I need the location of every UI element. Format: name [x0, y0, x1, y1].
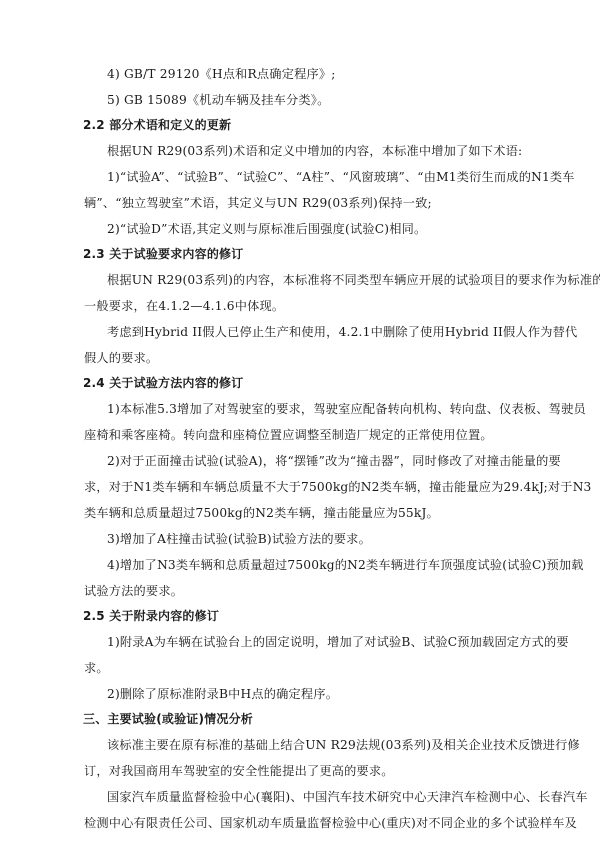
paragraph-line: 2)对于正面撞击试验(试验A)，将“摆锤”改为“撞击器”，同时修改了对撞击能量的…: [107, 453, 547, 469]
paragraph-line: 1)附录A为车辆在试验台上的固定说明，增加了对试验B、试验C预加载固定方式的要: [107, 634, 547, 650]
reference-item-4: 4) GB/T 29120《H点和R点确定程序》;: [107, 66, 547, 82]
paragraph-line: 根据UN R29(03系列)术语和定义中增加的内容，本标准中增加了如下术语:: [107, 143, 547, 159]
paragraph-line: 类车辆和总质量超过7500kg的N2类车辆，撞击能量应为55kJ。: [84, 505, 524, 521]
document-page: 4) GB/T 29120《H点和R点确定程序》; 5) GB 15089《机动…: [0, 0, 600, 847]
section-heading-2-3: 2.3 关于试验要求内容的修订: [83, 246, 523, 262]
paragraph-line: 座椅和乘客座椅。转向盘和座椅位置应调整至制造厂规定的正常使用位置。: [84, 427, 524, 443]
paragraph-line: 该标准主要在原有标准的基础上结合UN R29法规(03系列)及相关企业技术反馈进…: [107, 737, 547, 753]
paragraph-line: 辆”、“独立驾驶室”术语，其定义与UN R29(03系列)保持一致;: [84, 195, 524, 211]
section-heading-3: 三、主要试验(或验证)情况分析: [83, 711, 523, 727]
paragraph-line: 1)“试验A”、“试验B”、“试验C”、“A柱”、“风窗玻璃”、“由M1类衍生而…: [107, 169, 547, 185]
paragraph-line: 2)“试验D”术语,其定义则与原标准后围强度(试验C)相同。: [107, 221, 547, 237]
paragraph-line: 2)删除了原标准附录B中H点的确定程序。: [107, 686, 547, 702]
paragraph-line: 根据UN R29(03系列)的内容，本标准将不同类型车辆应开展的试验项目的要求作…: [107, 272, 547, 288]
paragraph-line: 求。: [84, 660, 524, 676]
paragraph-line: 假人的要求。: [84, 350, 524, 366]
paragraph-line: 检测中心有限责任公司、国家机动车质量监督检验中心(重庆)对不同企业的多个试验样车…: [84, 815, 524, 831]
paragraph-line: 1)本标准5.3增加了对驾驶室的要求，驾驶室应配备转向机构、转向盘、仪表板、驾驶…: [107, 401, 547, 417]
reference-item-5: 5) GB 15089《机动车辆及挂车分类》。: [107, 92, 547, 108]
section-heading-2-4: 2.4 关于试验方法内容的修订: [83, 375, 523, 391]
paragraph-line: 4)增加了N3类车辆和总质量超过7500kg的N2类车辆进行车顶强度试验(试验C…: [107, 557, 547, 573]
paragraph-line: 考虑到Hybrid II假人已停止生产和使用，4.2.1中删除了使用Hybrid…: [107, 324, 547, 340]
paragraph-line: 3)增加了A柱撞击试验(试验B)试验方法的要求。: [107, 531, 547, 547]
paragraph-line: 求，对于N1类车辆和车辆总质量不大于7500kg的N2类车辆，撞击能量应为29.…: [84, 479, 524, 495]
paragraph-line: 一般要求，在4.1.2—4.1.6中体现。: [84, 298, 524, 314]
paragraph-line: 国家汽车质量监督检验中心(襄阳)、中国汽车技术研究中心天津汽车检测中心、长春汽车: [107, 789, 547, 805]
paragraph-line: 订，对我国商用车驾驶室的安全性能提出了更高的要求。: [84, 763, 524, 779]
section-heading-2-5: 2.5 关于附录内容的修订: [83, 608, 523, 624]
paragraph-line: 试验方法的要求。: [84, 583, 524, 599]
section-heading-2-2: 2.2 部分术语和定义的更新: [83, 117, 523, 133]
